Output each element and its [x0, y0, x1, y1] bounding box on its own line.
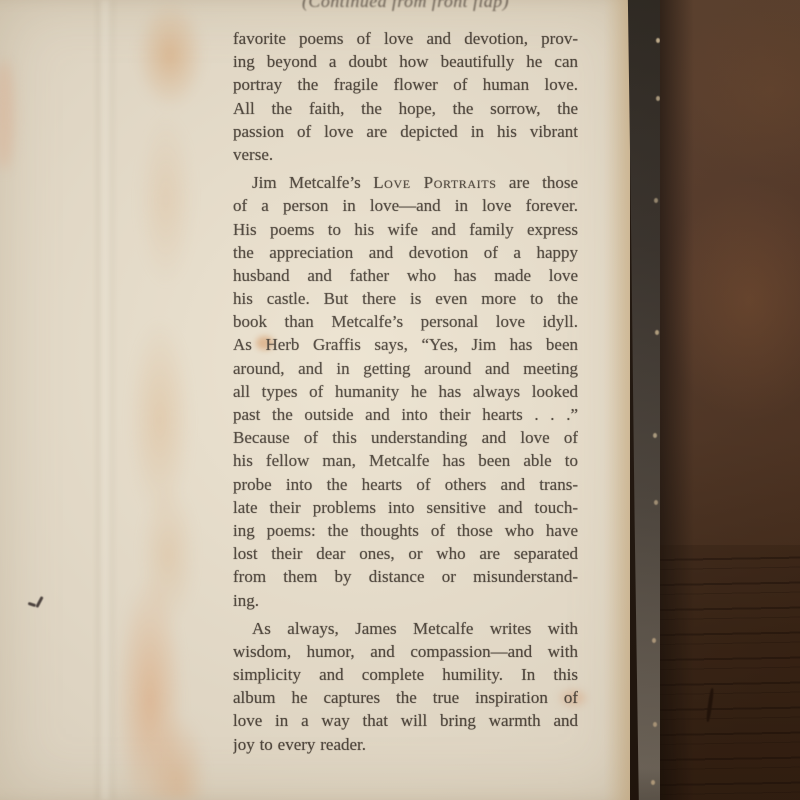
text-line: book than Metcalfe’s personal love idyll…	[233, 310, 578, 333]
photo-book-flap: (Continued from front flap) favorite poe…	[0, 0, 800, 800]
text-line: favorite poems of love and devotion, pro…	[233, 27, 578, 50]
text-segment: of a person in love—and in love forever.	[233, 196, 578, 215]
text-segment: late their problems into sensitive and t…	[233, 498, 578, 517]
text-line: late their problems into sensitive and t…	[233, 496, 578, 519]
text-segment: joy to every reader.	[233, 735, 366, 754]
text-segment: All the faith, the hope, the sorrow, the	[233, 99, 578, 118]
text-line: passion of love are depicted in his vibr…	[233, 120, 578, 143]
text-segment: Jim Metcalfe’s	[252, 173, 373, 192]
paragraph: Jim Metcalfe’s Love Portraits are thoseo…	[233, 171, 578, 612]
text-line: wisdom, humor, and compassion—and with	[233, 640, 578, 663]
text-line: portray the fragile flower of human love…	[233, 73, 578, 96]
text-segment: are those	[496, 173, 578, 192]
text-line: the appreciation and devotion of a happy	[233, 241, 578, 264]
text-line: joy to every reader.	[233, 733, 578, 756]
text-segment: his castle. But there is even more to th…	[233, 289, 578, 308]
text-line: ing.	[233, 589, 578, 612]
text-segment: love in a way that will bring warmth and	[233, 711, 578, 730]
text-segment: book than Metcalfe’s personal love idyll…	[233, 312, 578, 331]
text-segment: favorite poems of love and devotion, pro…	[233, 29, 578, 48]
text-segment: album he captures the true inspiration o…	[233, 688, 578, 707]
text-line: ing poems: the thoughts of those who hav…	[233, 519, 578, 542]
text-line: from them by distance or misunderstand-	[233, 565, 578, 588]
text-line: husband and father who has made love	[233, 264, 578, 287]
paragraph: favorite poems of love and devotion, pro…	[233, 27, 578, 166]
text-line: As Herb Graffis says, “Yes, Jim has been	[233, 333, 578, 356]
text-line: his castle. But there is even more to th…	[233, 287, 578, 310]
text-line: Jim Metcalfe’s Love Portraits are those	[233, 171, 578, 194]
text-segment: portray the fragile flower of human love…	[233, 75, 578, 94]
text-line: All the faith, the hope, the sorrow, the	[233, 97, 578, 120]
text-segment: from them by distance or misunderstand-	[233, 567, 578, 586]
wood-table-surface	[660, 0, 800, 800]
text-segment: simplicity and complete humility. In thi…	[233, 665, 578, 684]
text-line: past the outside and into their hearts .…	[233, 403, 578, 426]
wood-grain-lines	[660, 545, 800, 800]
text-line: probe into the hearts of others and tran…	[233, 473, 578, 496]
stain-left-edge	[0, 60, 14, 170]
page-edge-shading	[604, 0, 630, 800]
text-line: of a person in love—and in love forever.	[233, 194, 578, 217]
text-line: simplicity and complete humility. In thi…	[233, 663, 578, 686]
text-segment: past the outside and into their hearts .…	[233, 405, 578, 424]
text-segment: lost their dear ones, or who are separat…	[233, 544, 578, 563]
continued-from-heading: (Continued from front flap)	[233, 0, 578, 12]
text-line: his fellow man, Metcalfe has been able t…	[233, 449, 578, 472]
text-line: ing beyond a doubt how beautifully he ca…	[233, 50, 578, 73]
text-line: around, and in getting around and meetin…	[233, 357, 578, 380]
text-line: As always, James Metcalfe writes with	[233, 617, 578, 640]
text-segment: Because of this understanding and love o…	[233, 428, 578, 447]
text-segment: all types of humanity he has always look…	[233, 382, 578, 401]
book-page: (Continued from front flap) favorite poe…	[0, 0, 630, 800]
ink-mark	[28, 602, 36, 607]
ink-mark	[35, 596, 43, 608]
page-text-column: (Continued from front flap) favorite poe…	[233, 0, 578, 756]
text-segment: As always, James Metcalfe writes with	[252, 619, 578, 638]
text-segment: ing.	[233, 591, 259, 610]
text-segment: As Herb Graffis says, “Yes, Jim has been	[233, 335, 578, 354]
book-title-smallcaps: Love Portraits	[373, 173, 496, 192]
text-segment: probe into the hearts of others and tran…	[233, 475, 578, 494]
paragraph: As always, James Metcalfe writes withwis…	[233, 617, 578, 756]
text-segment: husband and father who has made love	[233, 266, 578, 285]
text-line: all types of humanity he has always look…	[233, 380, 578, 403]
text-line: album he captures the true inspiration o…	[233, 686, 578, 709]
page-paragraphs: favorite poems of love and devotion, pro…	[233, 27, 578, 756]
text-segment: passion of love are depicted in his vibr…	[233, 122, 578, 141]
text-segment: His poems to his wife and family express	[233, 220, 578, 239]
text-line: love in a way that will bring warmth and	[233, 709, 578, 732]
text-segment: his fellow man, Metcalfe has been able t…	[233, 451, 578, 470]
text-segment: verse.	[233, 145, 273, 164]
text-line: His poems to his wife and family express	[233, 218, 578, 241]
text-segment: wisdom, humor, and compassion—and with	[233, 642, 578, 661]
stain-band	[108, 0, 218, 800]
text-segment: ing beyond a doubt how beautifully he ca…	[233, 52, 578, 71]
text-segment: ing poems: the thoughts of those who hav…	[233, 521, 578, 540]
text-segment: around, and in getting around and meetin…	[233, 359, 578, 378]
text-line: Because of this understanding and love o…	[233, 426, 578, 449]
text-segment: the appreciation and devotion of a happy	[233, 243, 578, 262]
text-line: lost their dear ones, or who are separat…	[233, 542, 578, 565]
text-line: verse.	[233, 143, 578, 166]
